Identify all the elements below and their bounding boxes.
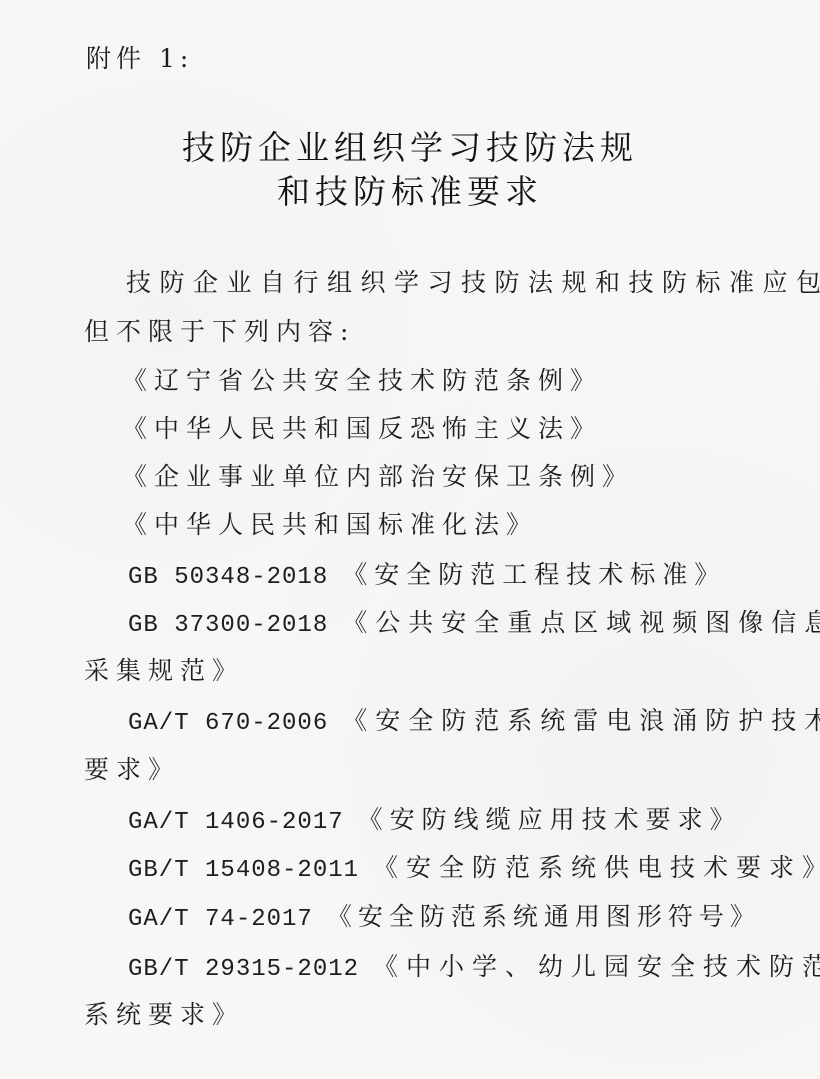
standard-name: 《安全防范系统通用图形符号》 xyxy=(327,902,761,931)
title-line-1: 技防企业组织学习技防法规 xyxy=(0,128,820,168)
standard-item: GA/T 1406-2017《安防线缆应用技术要求》 xyxy=(128,805,742,838)
standard-code: GA/T 670-2006 xyxy=(128,710,328,737)
standard-name: 《公共安全重点区域视频图像信息 xyxy=(342,608,820,637)
standard-item: GA/T 670-2006《安全防范系统雷电浪涌防护技术 xyxy=(128,706,820,739)
standard-name-continued: 要求》 xyxy=(84,755,180,785)
standard-item: GB/T 29315-2012《中小学、幼儿园安全技术防范 xyxy=(128,952,820,985)
intro-line-1: 技防企业自行组织学习技防法规和技防标准应包含 xyxy=(126,268,820,298)
standard-item: GB 50348-2018《安全防范工程技术标准》 xyxy=(128,560,726,593)
standard-code: GA/T 1406-2017 xyxy=(128,809,344,836)
title-line-2: 和技防标准要求 xyxy=(0,172,820,212)
standard-code: GA/T 74-2017 xyxy=(128,906,313,933)
attachment-label: 附件 1: xyxy=(86,44,193,74)
standard-item: GA/T 74-2017《安全防范系统通用图形符号》 xyxy=(128,902,761,935)
document-page: 附件 1: 技防企业组织学习技防法规 和技防标准要求 技防企业自行组织学习技防法… xyxy=(0,0,820,1079)
standard-name: 《安全防范工程技术标准》 xyxy=(342,560,726,589)
regulation-item: 《中华人民共和国标准化法》 xyxy=(122,510,538,540)
standard-code: GB/T 29315-2012 xyxy=(128,956,359,983)
regulation-item: 《中华人民共和国反恐怖主义法》 xyxy=(122,414,602,444)
standard-code: GB 37300-2018 xyxy=(128,612,328,639)
standard-name-continued: 采集规范》 xyxy=(84,656,244,686)
standard-code: GB 50348-2018 xyxy=(128,564,328,591)
standard-name-continued: 系统要求》 xyxy=(84,1000,244,1030)
regulation-item: 《企业事业单位内部治安保卫条例》 xyxy=(122,462,634,492)
standard-name: 《安全防范系统供电技术要求》 xyxy=(373,853,820,882)
regulation-item: 《辽宁省公共安全技术防范条例》 xyxy=(122,366,602,396)
standard-item: GB/T 15408-2011《安全防范系统供电技术要求》 xyxy=(128,853,820,886)
intro-line-2: 但不限于下列内容: xyxy=(84,317,355,347)
standard-name: 《安全防范系统雷电浪涌防护技术 xyxy=(342,706,820,735)
standard-name: 《中小学、幼儿园安全技术防范 xyxy=(373,952,820,981)
standard-name: 《安防线缆应用技术要求》 xyxy=(358,805,742,834)
standard-code: GB/T 15408-2011 xyxy=(128,857,359,884)
standard-item: GB 37300-2018《公共安全重点区域视频图像信息 xyxy=(128,608,820,641)
